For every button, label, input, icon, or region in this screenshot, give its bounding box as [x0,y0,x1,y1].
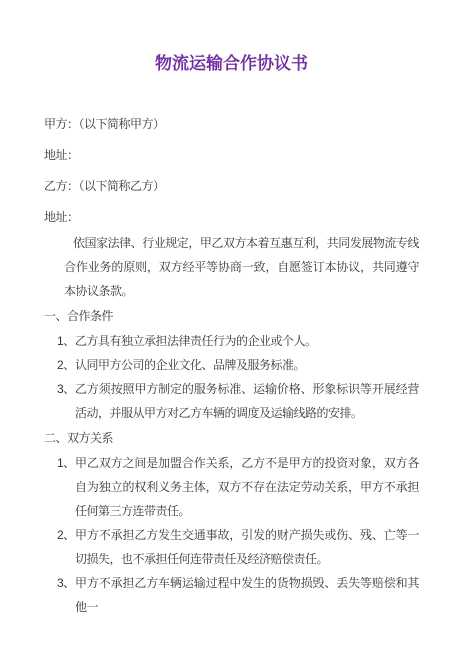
list-item-text: 甲乙双方之间是加盟合作关系，乙方不是甲方的投资对象，双方各自为独立的权利义务主体… [75,451,419,523]
list-item-number: 1、 [57,451,75,523]
list-item: 2、认同甲方公司的企业文化、品牌及服务标准。 [57,353,419,377]
section-heading: 一、合作条件 [44,304,419,328]
list-item-number: 3、 [57,571,75,619]
list-item-number: 3、 [57,377,75,425]
document-body: { "page": { "title": "物流运输合作协议书", "parti… [0,0,463,655]
list-item: 1、乙方具有独立承担法律责任行为的企业或个人。 [57,329,419,353]
document-page: 物流运输合作协议书 甲方：（以下简称甲方）地址：乙方：（以下简称乙方）地址： 依… [0,0,463,655]
list-item-text: 认同甲方公司的企业文化、品牌及服务标准。 [75,353,419,377]
list-item-number: 2、 [57,523,75,571]
section-heading: 二、双方关系 [44,426,419,450]
list-item: 3、甲方不承担乙方车辆运输过程中发生的货物损毁、丢失等赔偿和其他一 [57,571,419,619]
document-title: 物流运输合作协议书 [44,52,419,76]
list-item-text: 甲方不承担乙方发生交通事故，引发的财产损失或伤、残、亡等一切损失，也不承担任何连… [75,523,419,571]
party-line: 甲方：（以下简称甲方） [44,112,419,136]
list-item-number: 2、 [57,353,75,377]
list-item: 3、乙方须按照甲方制定的服务标准、运输价格、形象标识等开展经营活动，并服从甲方对… [57,377,419,425]
list-item-text: 乙方须按照甲方制定的服务标准、运输价格、形象标识等开展经营活动，并服从甲方对乙方… [75,377,419,425]
intro-paragraph: 依国家法律、行业规定，甲乙双方本着互惠互利，共同发展物流专线合作业务的原则，双方… [64,231,419,303]
list-item-text: 乙方具有独立承担法律责任行为的企业或个人。 [75,329,419,353]
party-line: 乙方：（以下简称乙方） [44,174,419,198]
sections-block: 一、合作条件1、乙方具有独立承担法律责任行为的企业或个人。2、认同甲方公司的企业… [44,304,419,619]
list-item: 1、甲乙双方之间是加盟合作关系，乙方不是甲方的投资对象，双方各自为独立的权利义务… [57,451,419,523]
party-block: 甲方：（以下简称甲方）地址：乙方：（以下简称乙方）地址： [44,112,419,229]
party-line: 地址： [44,205,419,229]
list-item-number: 1、 [57,329,75,353]
list-item: 2、甲方不承担乙方发生交通事故，引发的财产损失或伤、残、亡等一切损失，也不承担任… [57,523,419,571]
list-item-text: 甲方不承担乙方车辆运输过程中发生的货物损毁、丢失等赔偿和其他一 [75,571,419,619]
party-line: 地址： [44,143,419,167]
